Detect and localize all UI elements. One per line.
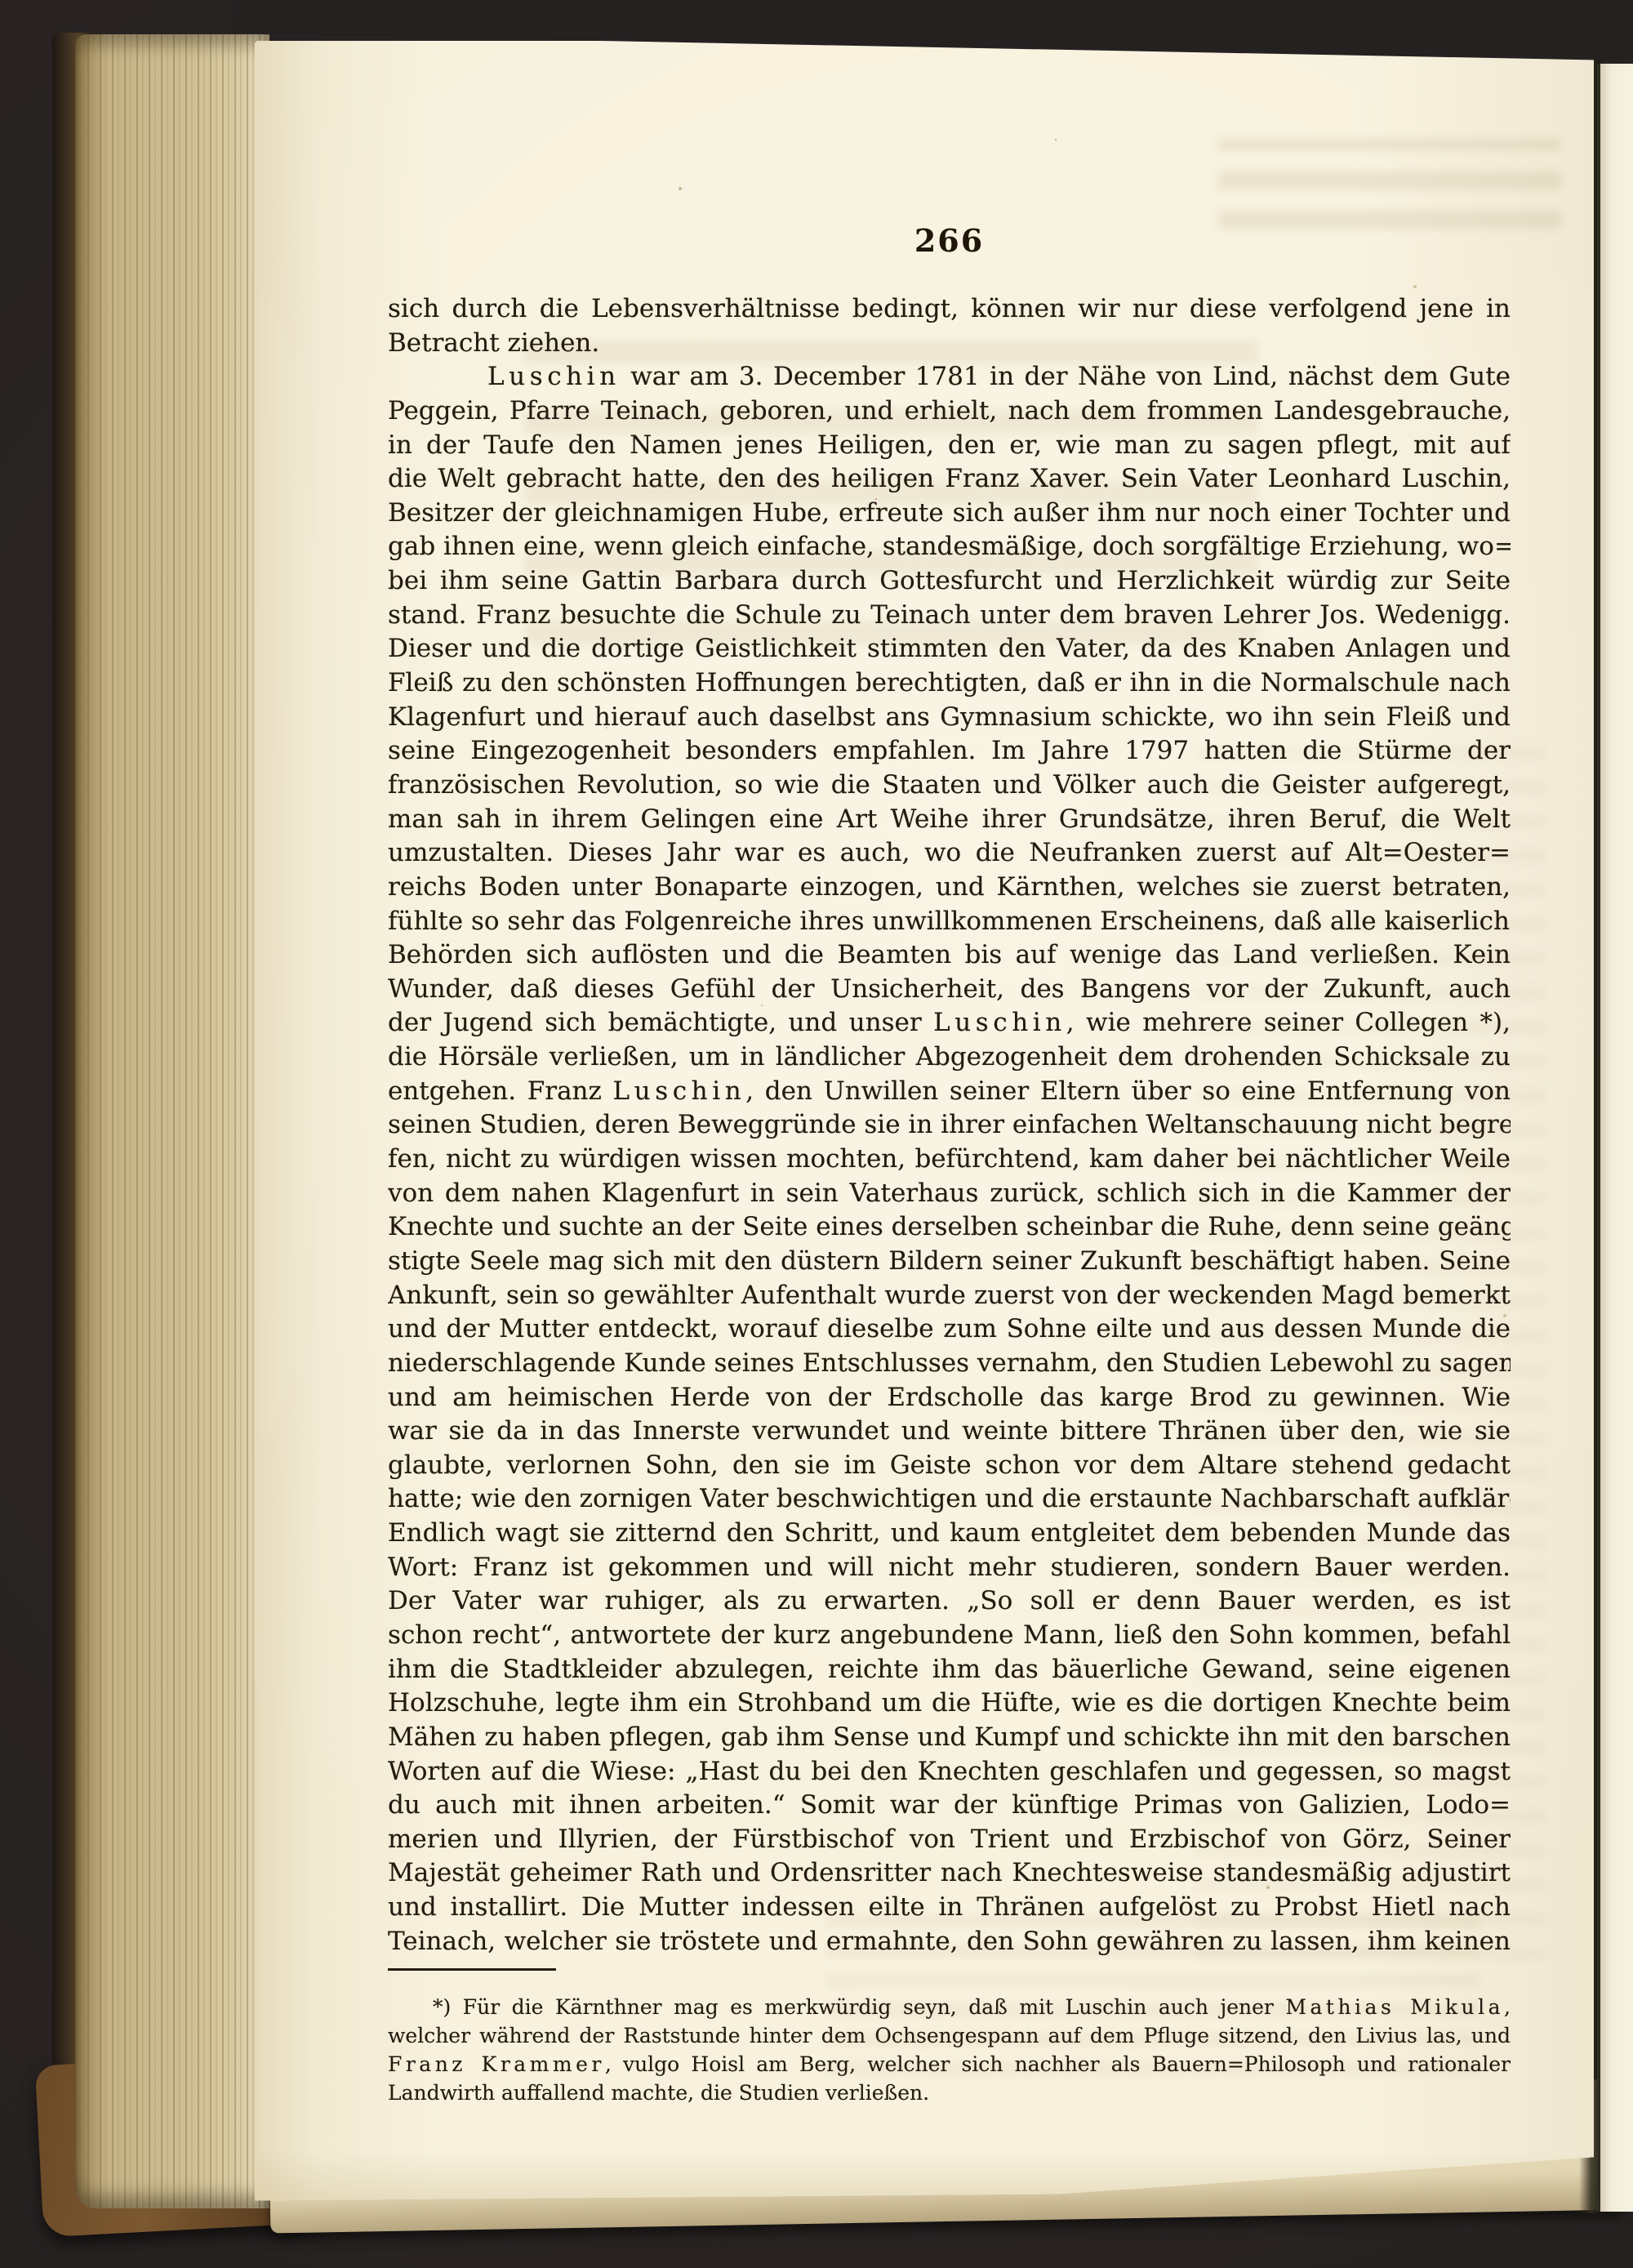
text-segment: Holzschuhe, legte ihm ein Strohband um d… bbox=[388, 1688, 1511, 1718]
text-segment: , bbox=[1504, 1995, 1511, 2019]
text-line: fühlte so sehr das Folgenreiche ihres un… bbox=[388, 905, 1511, 939]
text-line: Majestät geheimer Rath und Ordensritter … bbox=[388, 1856, 1511, 1891]
text-line: fen, nicht zu würdigen wissen mochten, b… bbox=[388, 1143, 1511, 1177]
text-segment: ihm die Stadtkleider abzulegen, reichte … bbox=[388, 1655, 1511, 1684]
text-line: seine Eingezogenheit besonders empfahlen… bbox=[388, 734, 1511, 769]
text-line: Ankunft, sein so gewählter Aufenthalt wu… bbox=[388, 1279, 1511, 1313]
text-line: Dieser und die dortige Geistlichkeit sti… bbox=[388, 632, 1511, 666]
text-line: in der Taufe den Namen jenes Heiligen, d… bbox=[388, 429, 1511, 463]
text-segment: niederschlagende Kunde seines Entschluss… bbox=[388, 1348, 1511, 1378]
footnote-text: *) Für die Kärnthner mag es merkwürdig s… bbox=[388, 1993, 1511, 2107]
text-segment: , den Unwillen seiner Eltern über so ein… bbox=[745, 1076, 1511, 1106]
text-line: Worten auf die Wiese: „Hast du bei den K… bbox=[388, 1755, 1511, 1789]
text-segment: die Hörsäle verließen, um in ländlicher … bbox=[388, 1042, 1511, 1072]
text-segment: stand. Franz besuchte die Schule zu Tein… bbox=[388, 600, 1511, 630]
text-segment: , vulgo Hoisl am Berg, welcher sich nach… bbox=[605, 2052, 1511, 2076]
text-line: Peggein, Pfarre Teinach, geboren, und er… bbox=[388, 394, 1511, 429]
text-line: schon recht“, antwortete der kurz angebu… bbox=[388, 1619, 1511, 1653]
text-segment: reichs Boden unter Bonaparte einzogen, u… bbox=[388, 872, 1511, 902]
text-segment: war sie da in das Innerste verwundet und… bbox=[388, 1416, 1511, 1446]
text-segment: glaubte, verlornen Sohn, den sie im Geis… bbox=[388, 1450, 1511, 1480]
text-segment: welcher während der Raststunde hinter de… bbox=[388, 2024, 1511, 2047]
text-line: die Welt gebracht hatte, den des heilige… bbox=[388, 462, 1511, 497]
text-line: stigte Seele mag sich mit den düstern Bi… bbox=[388, 1245, 1511, 1279]
letterspaced-name: Franz Krammer bbox=[388, 2052, 605, 2076]
page-number: 266 bbox=[388, 222, 1511, 259]
text-line: bei ihm seine Gattin Barbara durch Gotte… bbox=[388, 564, 1511, 599]
text-line: man sah in ihrem Gelingen eine Art Weihe… bbox=[388, 803, 1511, 837]
text-segment: Der Vater war ruhiger, als zu erwarten. … bbox=[388, 1586, 1511, 1615]
text-segment: Knechte und suchte an der Seite eines de… bbox=[388, 1212, 1511, 1241]
bleed-through-ghost bbox=[1218, 139, 1561, 229]
text-line: Knechte und suchte an der Seite eines de… bbox=[388, 1210, 1511, 1245]
text-segment: Endlich wagt sie zitternd den Schritt, u… bbox=[388, 1518, 1511, 1548]
text-line: Landwirth auffallend machte, die Studien… bbox=[388, 2079, 1511, 2107]
text-line: *) Für die Kärnthner mag es merkwürdig s… bbox=[388, 1993, 1511, 2021]
text-line: sich durch die Lebensverhältnisse beding… bbox=[388, 292, 1511, 327]
text-segment: Klagenfurt und hierauf auch daselbst ans… bbox=[388, 702, 1511, 732]
text-segment: Landwirth auffallend machte, die Studien… bbox=[388, 2081, 929, 2105]
text-line: du auch mit ihnen arbeiten.“ Somit war d… bbox=[388, 1789, 1511, 1823]
text-segment: Majestät geheimer Rath und Ordensritter … bbox=[388, 1858, 1511, 1887]
text-line: reichs Boden unter Bonaparte einzogen, u… bbox=[388, 871, 1511, 905]
text-line: Der Vater war ruhiger, als zu erwarten. … bbox=[388, 1584, 1511, 1619]
book-page: 266 sich durch die Lebensverhältnisse be… bbox=[255, 41, 1594, 2209]
text-segment: Peggein, Pfarre Teinach, geboren, und er… bbox=[388, 396, 1511, 426]
text-line: Betracht ziehen. bbox=[388, 327, 1511, 361]
text-segment: Dieser und die dortige Geistlichkeit sti… bbox=[388, 634, 1511, 663]
text-line: welcher während der Raststunde hinter de… bbox=[388, 2021, 1511, 2050]
text-line: glaubte, verlornen Sohn, den sie im Geis… bbox=[388, 1449, 1511, 1483]
footnote-rule bbox=[388, 1968, 556, 1971]
text-line: seinen Studien, deren Beweggründe sie in… bbox=[388, 1108, 1511, 1143]
scanned-book-photo: { "page": { "number": "266", "language":… bbox=[0, 0, 1633, 2268]
text-segment: stigte Seele mag sich mit den düstern Bi… bbox=[388, 1246, 1511, 1276]
text-segment: umzustalten. Dieses Jahr war es auch, wo… bbox=[388, 838, 1511, 867]
text-line: der Jugend sich bemächtigte, und unser L… bbox=[388, 1006, 1511, 1040]
text-segment: merien und Illyrien, der Fürstbischof vo… bbox=[388, 1825, 1511, 1854]
text-segment: Teinach, welcher sie tröstete und ermahn… bbox=[388, 1927, 1511, 1956]
text-segment: seinen Studien, deren Beweggründe sie in… bbox=[388, 1110, 1511, 1139]
text-segment: Ankunft, sein so gewählter Aufenthalt wu… bbox=[388, 1281, 1511, 1310]
text-segment: entgehen. Franz bbox=[388, 1076, 613, 1106]
text-segment: und der Mutter entdeckt, worauf dieselbe… bbox=[388, 1314, 1511, 1343]
letterspaced-name: Mathias Mikula bbox=[1285, 1995, 1504, 2019]
text-line: Franz Krammer, vulgo Hoisl am Berg, welc… bbox=[388, 2050, 1511, 2079]
text-line: die Hörsäle verließen, um in ländlicher … bbox=[388, 1040, 1511, 1075]
text-segment: Fleiß zu den schönsten Hoffnungen berech… bbox=[388, 668, 1511, 697]
text-segment: Mähen zu haben pflegen, gab ihm Sense un… bbox=[388, 1722, 1511, 1752]
text-line: stand. Franz besuchte die Schule zu Tein… bbox=[388, 599, 1511, 633]
text-line: Fleiß zu den schönsten Hoffnungen berech… bbox=[388, 666, 1511, 701]
text-line: von dem nahen Klagenfurt in sein Vaterha… bbox=[388, 1177, 1511, 1211]
text-line: Behörden sich auflösten und die Beamten … bbox=[388, 938, 1511, 973]
text-segment: und am heimischen Herde von der Erdschol… bbox=[388, 1383, 1511, 1412]
text-segment: Betracht ziehen. bbox=[388, 328, 599, 358]
text-line: umzustalten. Dieses Jahr war es auch, wo… bbox=[388, 836, 1511, 871]
letterspaced-name: Luschin bbox=[933, 1008, 1066, 1037]
text-line: Besitzer der gleichnamigen Hube, erfreut… bbox=[388, 497, 1511, 531]
text-segment: man sah in ihrem Gelingen eine Art Weihe… bbox=[388, 804, 1511, 834]
text-line: Holzschuhe, legte ihm ein Strohband um d… bbox=[388, 1687, 1511, 1721]
text-segment: seine Eingezogenheit besonders empfahlen… bbox=[388, 736, 1511, 765]
text-line: entgehen. Franz Luschin, den Unwillen se… bbox=[388, 1075, 1511, 1109]
text-line: niederschlagende Kunde seines Entschluss… bbox=[388, 1347, 1511, 1381]
text-line: Endlich wagt sie zitternd den Schritt, u… bbox=[388, 1517, 1511, 1551]
text-line: ihm die Stadtkleider abzulegen, reichte … bbox=[388, 1653, 1511, 1687]
text-segment: sich durch die Lebensverhältnisse beding… bbox=[388, 294, 1511, 323]
text-line: war sie da in das Innerste verwundet und… bbox=[388, 1415, 1511, 1449]
text-segment: französischen Revolution, so wie die Sta… bbox=[388, 770, 1511, 800]
adjacent-page-edge bbox=[1597, 64, 1633, 2212]
text-line: und am heimischen Herde von der Erdschol… bbox=[388, 1381, 1511, 1415]
text-line: und installirt. Die Mutter indessen eilt… bbox=[388, 1891, 1511, 1925]
text-segment: Wort: Franz ist gekommen und will nicht … bbox=[388, 1553, 1511, 1582]
text-segment: bei ihm seine Gattin Barbara durch Gotte… bbox=[388, 566, 1511, 595]
text-line: Luschin war am 3. December 1781 in der N… bbox=[388, 360, 1511, 394]
text-line: gab ihnen eine, wenn gleich einfache, st… bbox=[388, 530, 1511, 564]
text-segment: Wunder, daß dieses Gefühl der Unsicherhe… bbox=[388, 974, 1511, 1004]
text-segment: , wie mehrere seiner Collegen *), bbox=[1066, 1008, 1511, 1037]
text-segment: *) Für die Kärnthner mag es merkwürdig s… bbox=[433, 1995, 1285, 2019]
text-line: Wort: Franz ist gekommen und will nicht … bbox=[388, 1551, 1511, 1585]
text-segment: Worten auf die Wiese: „Hast du bei den K… bbox=[388, 1757, 1511, 1786]
text-segment: gab ihnen eine, wenn gleich einfache, st… bbox=[388, 532, 1511, 561]
body-text: sich durch die Lebensverhältnisse beding… bbox=[388, 292, 1511, 1958]
text-segment: und installirt. Die Mutter indessen eilt… bbox=[388, 1892, 1511, 1922]
text-segment: du auch mit ihnen arbeiten.“ Somit war d… bbox=[388, 1790, 1511, 1820]
text-segment: hatte; wie den zornigen Vater beschwicht… bbox=[388, 1484, 1511, 1513]
text-segment: in der Taufe den Namen jenes Heiligen, d… bbox=[388, 430, 1511, 460]
paper-specks bbox=[255, 41, 256, 42]
letterspaced-name: Luschin bbox=[613, 1076, 746, 1106]
text-line: und der Mutter entdeckt, worauf dieselbe… bbox=[388, 1312, 1511, 1347]
text-segment: von dem nahen Klagenfurt in sein Vaterha… bbox=[388, 1179, 1511, 1208]
letterspaced-name: Luschin bbox=[487, 362, 621, 391]
text-segment: war am 3. December 1781 in der Nähe von … bbox=[621, 362, 1511, 391]
text-segment: fen, nicht zu würdigen wissen mochten, b… bbox=[388, 1144, 1511, 1174]
text-segment: die Welt gebracht hatte, den des heilige… bbox=[388, 464, 1511, 493]
text-line: Teinach, welcher sie tröstete und ermahn… bbox=[388, 1925, 1511, 1959]
text-line: hatte; wie den zornigen Vater beschwicht… bbox=[388, 1482, 1511, 1517]
text-segment: der Jugend sich bemächtigte, und unser bbox=[388, 1008, 933, 1037]
text-line: Klagenfurt und hierauf auch daselbst ans… bbox=[388, 701, 1511, 735]
text-segment: Behörden sich auflösten und die Beamten … bbox=[388, 940, 1511, 969]
text-segment: fühlte so sehr das Folgenreiche ihres un… bbox=[388, 907, 1511, 936]
text-segment: schon recht“, antwortete der kurz angebu… bbox=[388, 1620, 1511, 1650]
text-line: Mähen zu haben pflegen, gab ihm Sense un… bbox=[388, 1721, 1511, 1755]
text-line: Wunder, daß dieses Gefühl der Unsicherhe… bbox=[388, 973, 1511, 1007]
text-line: französischen Revolution, so wie die Sta… bbox=[388, 769, 1511, 803]
text-segment: Besitzer der gleichnamigen Hube, erfreut… bbox=[388, 498, 1511, 528]
stacked-page-edges bbox=[75, 34, 269, 2208]
text-line: merien und Illyrien, der Fürstbischof vo… bbox=[388, 1823, 1511, 1857]
